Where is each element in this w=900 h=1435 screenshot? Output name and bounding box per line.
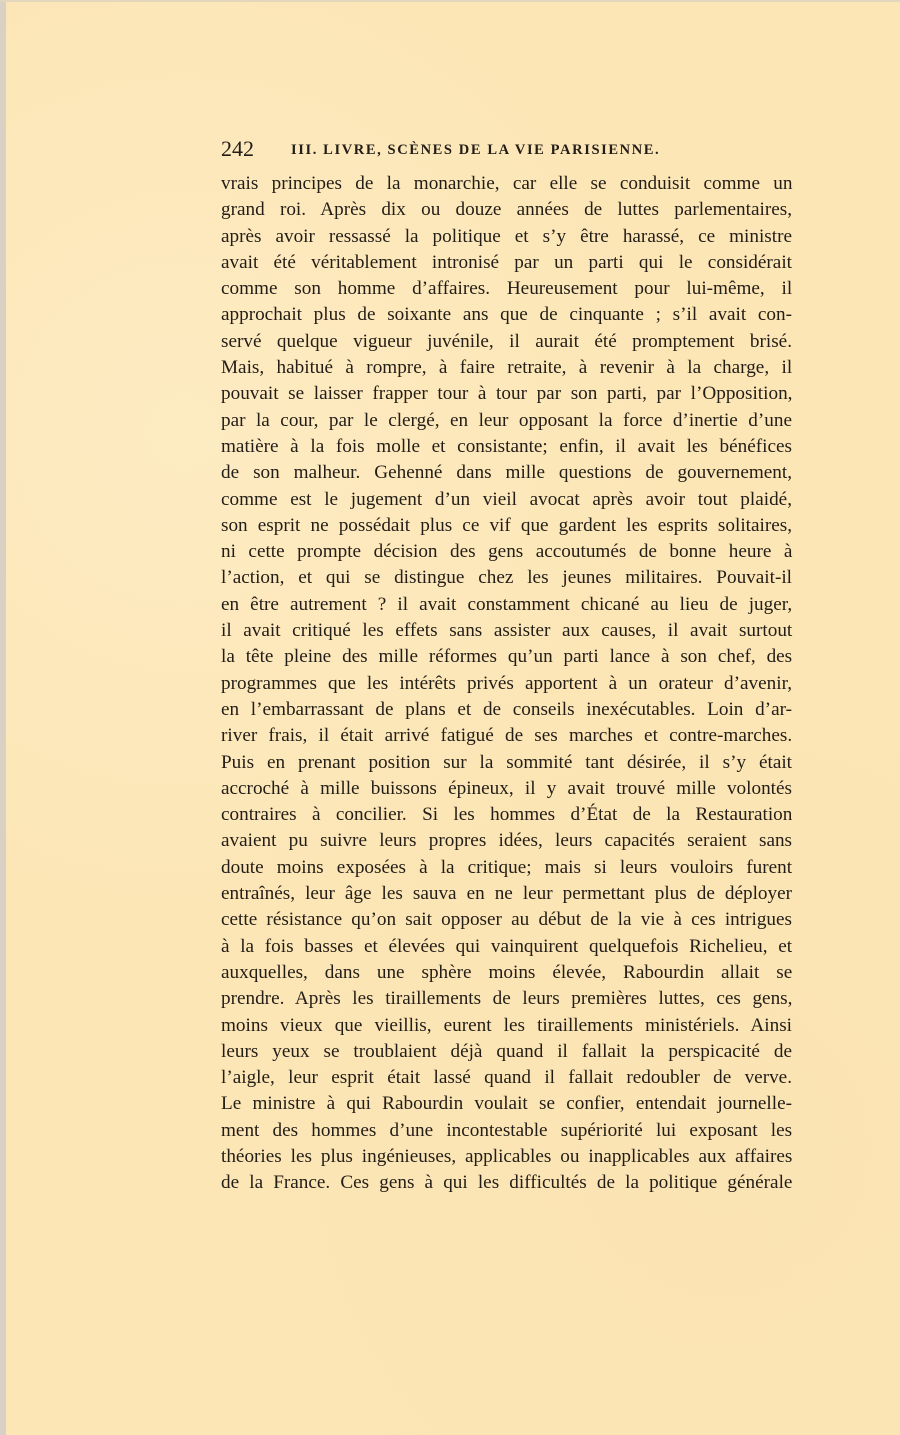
text-line: grand roi. Après dix ou douze années de … — [221, 197, 792, 223]
text-line: ni cette prompte décision des gens accou… — [221, 539, 792, 565]
text-line: théories les plus ingénieuses, applicabl… — [221, 1144, 792, 1170]
text-line: approchait plus de soixante ans que de c… — [221, 302, 792, 328]
text-line: comme est le jugement d’un vieil avocat … — [221, 487, 792, 513]
text-line: après avoir ressassé la politique et s’y… — [221, 224, 792, 250]
text-line: de son malheur. Gehenné dans mille quest… — [221, 460, 792, 486]
text-line: l’action, et qui se distingue chez les j… — [221, 565, 792, 591]
text-line: Le ministre à qui Rabourdin voulait se c… — [221, 1091, 792, 1117]
text-line: son esprit ne possédait plus ce vif que … — [221, 513, 792, 539]
text-line: leurs yeux se troublaient déjà quand il … — [221, 1039, 792, 1065]
text-line: Puis en prenant position sur la sommité … — [221, 750, 792, 776]
body-text: vrais principes de la monarchie, car ell… — [221, 171, 792, 1197]
text-line: matière à la fois molle et consistante; … — [221, 434, 792, 460]
text-line: contraires à concilier. Si les hommes d’… — [221, 802, 792, 828]
text-line: programmes que les intérêts privés appor… — [221, 671, 792, 697]
text-line: cette résistance qu’on sait opposer au d… — [221, 907, 792, 933]
running-head: 242 III. LIVRE, SCÈNES DE LA VIE PARISIE… — [221, 136, 793, 162]
text-line: moins vieux que vieillis, eurent les tir… — [221, 1013, 792, 1039]
text-line: avaient pu suivre leurs propres idées, l… — [221, 828, 792, 854]
running-head-title: III. LIVRE, SCÈNES DE LA VIE PARISIENNE. — [291, 139, 660, 161]
text-line: de la France. Ces gens à qui les difficu… — [221, 1170, 792, 1196]
text-line: ment des hommes d’une incontestable supé… — [221, 1118, 792, 1144]
text-line: vrais principes de la monarchie, car ell… — [221, 171, 792, 197]
text-line: doute moins exposées à la critique; mais… — [221, 855, 792, 881]
text-line: l’aigle, leur esprit était lassé quand i… — [221, 1065, 792, 1091]
text-line: à la fois basses et élevées qui vainquir… — [221, 934, 792, 960]
text-line: auxquelles, dans une sphère moins élevée… — [221, 960, 792, 986]
text-line: par la cour, par le clergé, en leur oppo… — [221, 408, 792, 434]
text-line: river frais, il était arrivé fatigué de … — [221, 723, 792, 749]
text-line: accroché à mille buissons épineux, il y … — [221, 776, 792, 802]
page-number: 242 — [221, 136, 254, 162]
text-line: en être autrement ? il avait constamment… — [221, 592, 792, 618]
text-line: il avait critiqué les effets sans assist… — [221, 618, 792, 644]
text-line: la tête pleine des mille réformes qu’un … — [221, 644, 792, 670]
text-line: comme son homme d’affaires. Heureusement… — [221, 276, 792, 302]
text-line: prendre. Après les tiraillements de leur… — [221, 986, 792, 1012]
text-line: servé quelque vigueur juvénile, il aurai… — [221, 329, 792, 355]
text-line: Mais, habitué à rompre, à faire retraite… — [221, 355, 792, 381]
text-line: pouvait se laisser frapper tour à tour p… — [221, 381, 792, 407]
text-line: entraînés, leur âge les sauva en ne leur… — [221, 881, 792, 907]
text-line: avait été véritablement intronisé par un… — [221, 250, 792, 276]
text-line: en l’embarrassant de plans et de conseil… — [221, 697, 792, 723]
